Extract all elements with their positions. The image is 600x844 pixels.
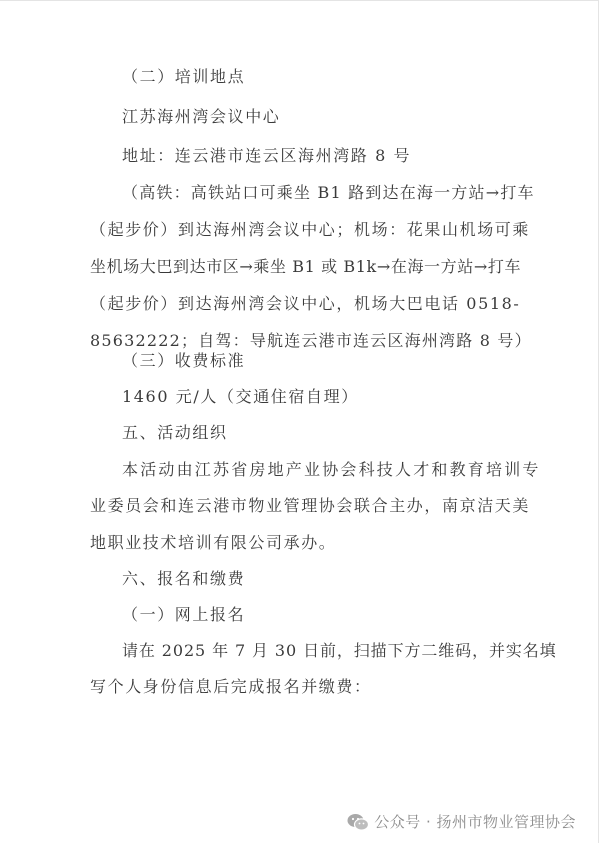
section-heading-fee-standard: （三）收费标准 bbox=[122, 351, 552, 371]
document-page: （二）培训地点 江苏海州湾会议中心 地址：连云港市连云区海州湾路 8 号 （高铁… bbox=[0, 0, 599, 843]
transport-line: （起步价）到达海州湾会议中心，机场大巴电话 0518- bbox=[90, 294, 508, 314]
wechat-account-watermark: 公众号 · 扬州市物业管理协会 bbox=[347, 811, 576, 832]
wechat-icon bbox=[347, 813, 369, 831]
organization-text: 地职业技术培训有限公司承办。 bbox=[90, 533, 520, 553]
section-heading-activity-organization: 五、活动组织 bbox=[122, 423, 552, 443]
organization-text: 本活动由江苏省房地产业协会科技人才和教育培训专 bbox=[122, 460, 510, 480]
transport-line: （高铁：高铁站口可乘坐 B1 路到达在海一方站→打车 bbox=[122, 183, 510, 203]
registration-instructions: 请在 2025 年 7 月 30 日前，扫描下方二维码，并实名填 bbox=[122, 641, 510, 661]
section-heading-training-location: （二）培训地点 bbox=[122, 67, 552, 87]
watermark-label: 公众号 · 扬州市物业管理协会 bbox=[374, 811, 576, 832]
section-heading-registration-payment: 六、报名和缴费 bbox=[122, 569, 552, 589]
transport-line: 85632222；自驾：导航连云港市连云区海州湾路 8 号） bbox=[90, 331, 520, 351]
registration-instructions: 写个人身份信息后完成报名并缴费： bbox=[90, 677, 520, 697]
fee-amount: 1460 元/人（交通住宿自理） bbox=[122, 387, 552, 407]
subheading-online-registration: （一）网上报名 bbox=[122, 605, 552, 625]
organization-text: 业委员会和连云港市物业管理协会联合主办，南京洁天美 bbox=[90, 496, 508, 516]
transport-line: （起步价）到达海州湾会议中心；机场：花果山机场可乘 bbox=[90, 220, 508, 240]
transport-line: 坐机场大巴到达市区→乘坐 B1 或 B1k→在海一方站→打车 bbox=[90, 257, 508, 277]
venue-address: 地址：连云港市连云区海州湾路 8 号 bbox=[122, 146, 552, 166]
venue-name: 江苏海州湾会议中心 bbox=[122, 107, 552, 127]
